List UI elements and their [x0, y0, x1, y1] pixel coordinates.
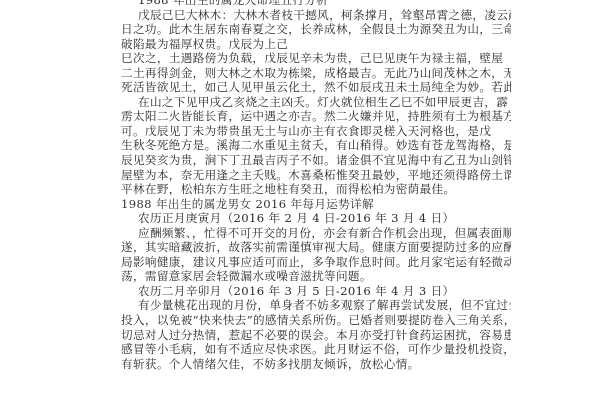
text-line: 1988 年出生的属龙人命理五行分析 — [121, 0, 511, 8]
text-line: 切忌对人过分热情，惹起不必要的误会。本月亦受打针食药运困扰，容易患上 — [121, 328, 511, 343]
text-line: 巳次之，土遇路傍为负载，戊辰见辛未为贵，己巳见庚午为禄主福，壁屋 — [121, 51, 511, 66]
text-line: 破陷最为福厚权贵。戊辰为上己 — [121, 37, 511, 52]
text-line: 投入，以免被“快来快去”的感情关系所伤。已婚者则要提防卷入三角关系， — [121, 313, 511, 328]
text-line: 感冒等小毛病，如有不适应尽快求医。此月财运不俗，可作少量投机投资，将 — [121, 342, 511, 357]
text-line: 屋壁为本，奈无用逢之主夭贱。木喜桑柘惟癸丑最妙，平地还须得路傍土谓之 — [121, 168, 511, 183]
text-line: 雳太阳二火皆能长育，运中遇之亦吉。然二火嫌并见，持胜须有土为根基方 — [121, 109, 511, 124]
document-page: 1988 年出生的属龙人命理五行分析戊辰己巳大林木：大林木者枝干撼风，柯条撑月，… — [121, 0, 511, 371]
text-line: 日之功。此木生居东南春夏之交，长养成林，全假艮土为源癸丑为山，三命无 — [121, 22, 511, 37]
text-line: 有斩获。个人情绪欠佳，不妨多找朋友倾诉，放松心情。 — [121, 357, 511, 372]
text-line: 戊辰己巳大林木：大林木者枝干撼风，柯条撑月，耸壑昂霄之德，凌云蔽 — [121, 8, 511, 23]
text-line: 生秋冬死绝方是。溪海二水重见主贫夭，有山稍得。妙选有苍龙驾海格，是戊 — [121, 138, 511, 153]
text-line: 可。戊辰见丁未为带贵虽无土与山亦主有衣食即灵槎入天河格也，是戊 — [121, 124, 511, 139]
text-line: 平林在野，松柏东方生旺之地柱有癸丑，而得松柏为密荫最佳。 — [121, 182, 511, 197]
text-line: 在山之下见甲戌乙亥烧之主凶夭。灯火就位相生乙巳不如甲辰更吉，霹 — [121, 95, 511, 110]
text-line: 农历二月辛卯月（2016 年 3 月 5 日-2016 年 4 月 3 日） — [121, 284, 511, 299]
text-line: 应酬频繁、，忙得不可开交的月份，亦会有新合作机会出现，但属表面顺 — [121, 226, 511, 241]
text-line: 死活皆欲见土，如己人见甲虽云化土，然不如辰戌丑未土局纯全为妙。若此木 — [121, 80, 511, 95]
text-line: 荡，需留意家居会轻微漏水或噪音滋扰等问题。 — [121, 269, 511, 284]
text-line: 农历正月庚寅月（2016 年 2 月 4 日-2016 年 3 月 4 日） — [121, 211, 511, 226]
text-line: 辰见癸亥为贵，涧下丁丑最吉丙子不如。诸金俱不宜见海中有乙丑为山剑锋得 — [121, 153, 511, 168]
text-line: 遂，其实暗藏波折，故落实前需谨慎审视大局。健康方面要提防过多的应酬饭 — [121, 240, 511, 255]
text-line: 二土再得剑金，则大林之木取为栋梁，成格最吉。无此乃山间茂林之木，无论 — [121, 66, 511, 81]
section-heading: 1988 年出生的属龙男女 2016 年每月运势详解 — [121, 197, 511, 212]
text-line: 局影响健康，建议凡事应适可而止，多争取作息时间。此月家宅运有轻微动 — [121, 255, 511, 270]
text-line: 有少量桃花出现的月份，单身者不妨多观察了解再尝试发展，但不宜过分 — [121, 298, 511, 313]
